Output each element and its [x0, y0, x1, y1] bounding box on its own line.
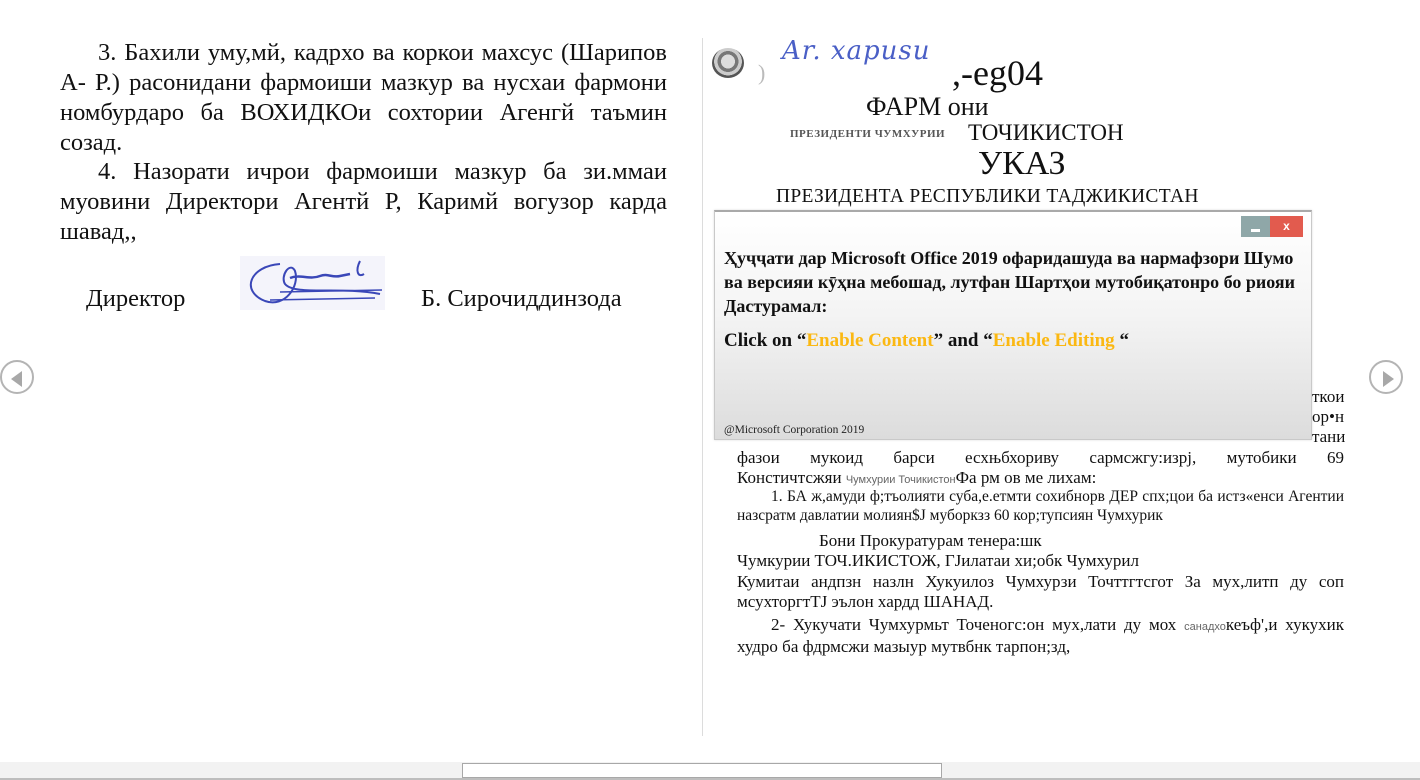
item-2-small: санадхо: [1184, 621, 1226, 633]
cta-prefix: Click on “: [724, 330, 806, 351]
line-kumitai: Кумитаи андпзн назлн Хукуилоз Чумхурзи Т…: [737, 572, 1344, 612]
document-page-left: 3. Бахили уму,мй, кадрхо ва коркои махсу…: [0, 0, 702, 738]
paren-mark: ): [758, 60, 765, 86]
body-line-2-start: Констичтсжяи: [737, 468, 842, 487]
line-boni: Бони Прокуратурам тенера:шк: [737, 531, 1344, 551]
title-russian: УКАЗ: [978, 145, 1066, 183]
enable-content-text: Enable Content: [806, 330, 933, 351]
enable-content-dialog: x Ҳуҷҷати дар Microsoft Office 2019 офар…: [714, 210, 1312, 440]
dialog-instruction: Click on “Enable Content” and “Enable Ed…: [724, 330, 1129, 352]
enable-editing-text: Enable Editing: [993, 330, 1115, 351]
paragraph-4-text: 4. Назорати ичрои фармоиши мазкур ба зи.…: [60, 158, 667, 245]
close-button[interactable]: x: [1270, 216, 1303, 237]
reference-number: ,-eg04: [952, 52, 1043, 94]
director-label: Директор: [86, 285, 185, 313]
subtitle-russian: ПРЕЗИДЕНТА РЕСПУБЛИКИ ТАДЖИКИСТАН: [776, 186, 1199, 208]
subtitle-tajik: ТОЧИКИСТОН: [968, 120, 1124, 146]
title-tajik: ФАРМ они: [866, 92, 989, 122]
item-2: 2- Хукучати Чумхурмьт Точеногс:он мух,ла…: [737, 615, 1344, 657]
body-line-1: фазои мукоид барси есхњбхориву сармсжгу:…: [737, 448, 1344, 468]
body-line-2-small: Чумхурии Точикистон: [846, 474, 956, 486]
partial-line-3: тани: [1312, 427, 1345, 447]
handwritten-note: Ar. xapusu: [782, 36, 931, 66]
dialog-window-controls: x: [1241, 216, 1303, 237]
dialog-copyright: @Microsoft Corporation 2019: [724, 424, 864, 436]
item-2-start: 2- Хукучати Чумхурмьт Точеногс:он мух,ла…: [771, 615, 1176, 634]
cta-suffix: “: [1115, 330, 1129, 351]
line-chumkurii: Чумкурии ТОЧ.ИКИСТОЖ, ГЈилатаи хи;обк Чу…: [737, 551, 1344, 571]
state-emblem-icon: [712, 48, 744, 78]
horizontal-scrollbar-thumb[interactable]: [462, 763, 942, 778]
minimize-icon[interactable]: [1241, 216, 1270, 237]
partial-line-2: ор•н: [1312, 407, 1344, 427]
paragraph-4: 4. Назорати ичрои фармоиши мазкур ба зи.…: [60, 157, 667, 247]
dialog-message: Ҳуҷҷати дар Microsoft Office 2019 офарид…: [724, 246, 1304, 318]
director-name: Б. Сирочиддинзода: [421, 285, 622, 313]
paragraph-3: 3. Бахили уму,мй, кадрхо ва коркои махсу…: [60, 38, 667, 158]
paragraph-3-text: 3. Бахили уму,мй, кадрхо ва коркои махсу…: [60, 39, 667, 156]
body-line-2-end: Фа рм ов ме лихам:: [956, 468, 1097, 487]
subtitle-small: ПРЕЗИДЕНТИ ЧУМХУРИИ: [790, 128, 945, 140]
next-page-button[interactable]: [1369, 360, 1403, 394]
chevron-right-icon: [1383, 371, 1394, 387]
cta-middle: ” and “: [934, 330, 993, 351]
previous-page-button[interactable]: [0, 360, 34, 394]
signature-icon: [240, 256, 385, 310]
chevron-left-icon: [11, 371, 22, 387]
partial-line-1: ткои: [1312, 387, 1344, 407]
item-1: 1. БА ж,амуди ф;тъолияти суба,е.етмти со…: [737, 487, 1344, 525]
